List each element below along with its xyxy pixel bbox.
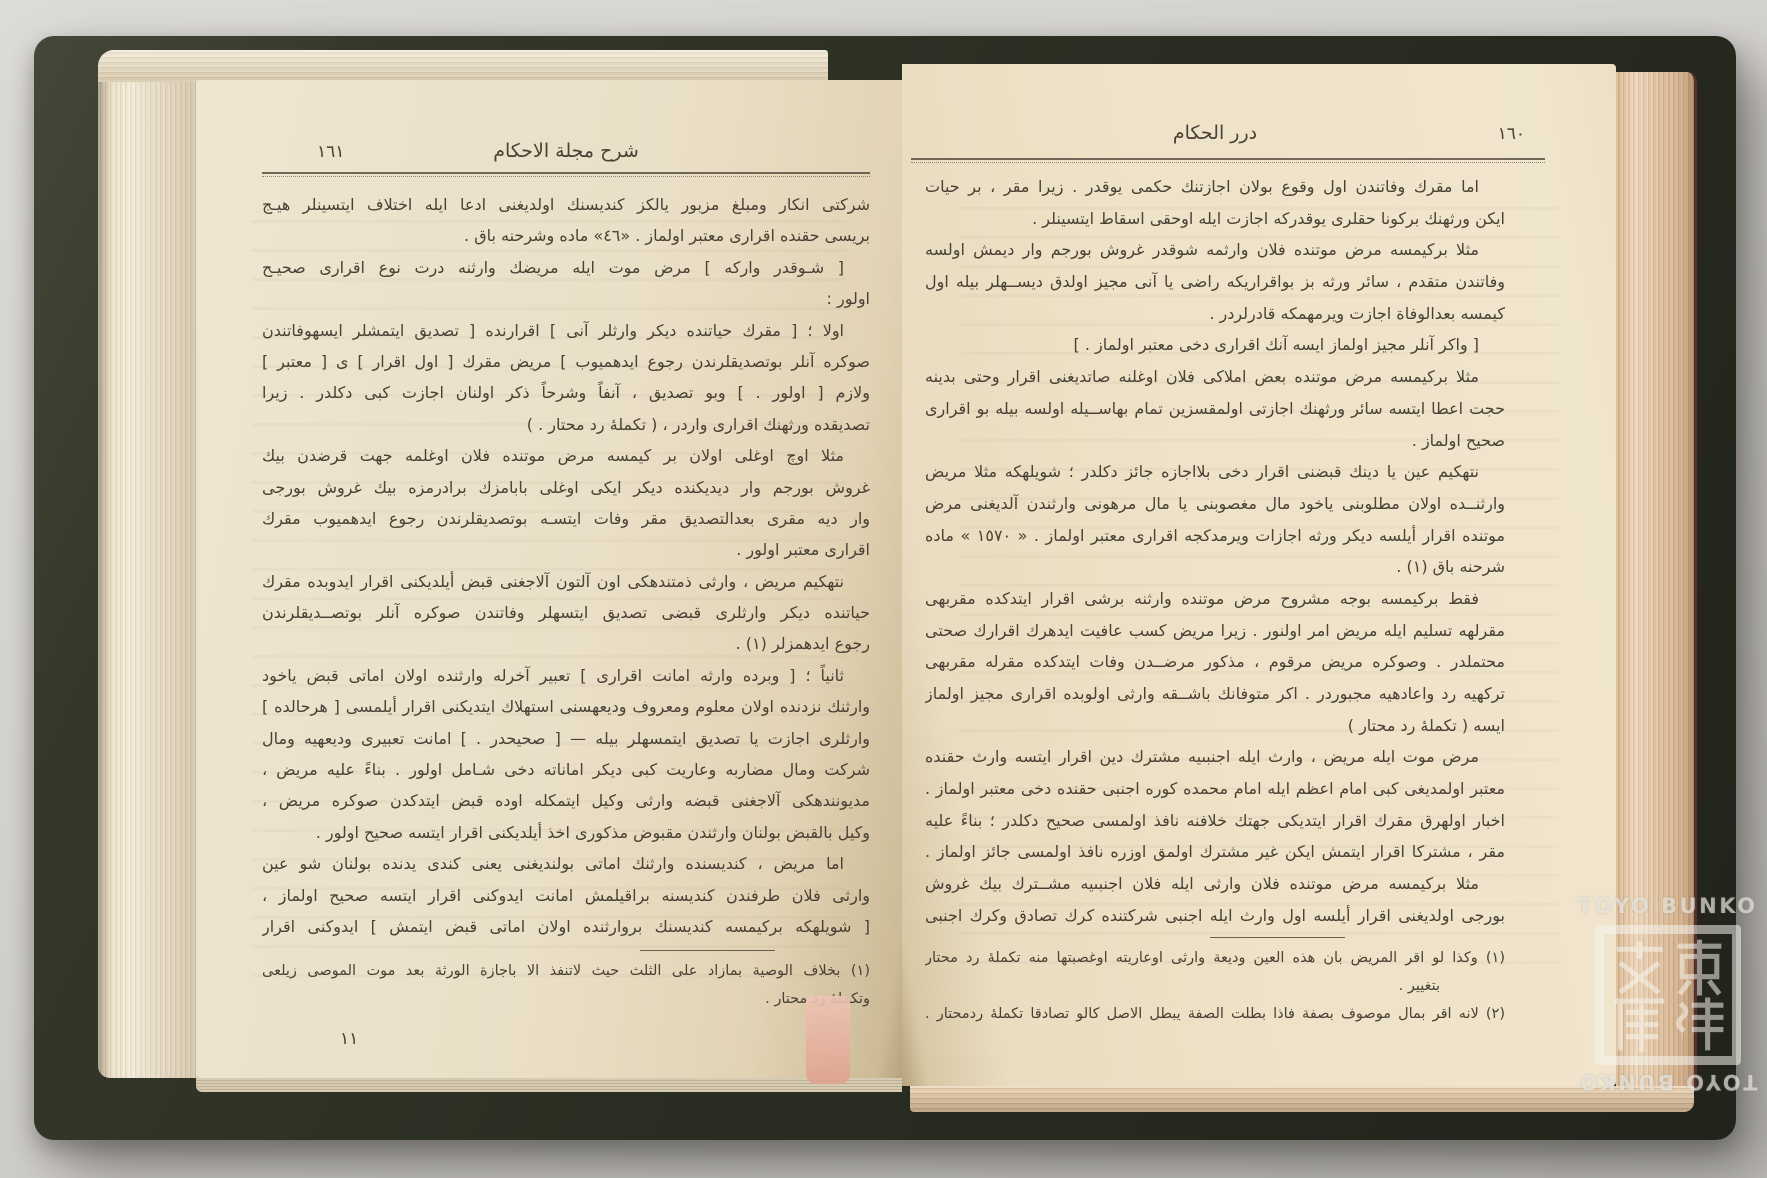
body-line: حجت اعطا ايتسه سائر ورثهنك اجازتى اولمقس…: [925, 393, 1505, 425]
body-line: [ شويلهكه بركيمسه كنديسنك بروارثنده اولا…: [262, 911, 870, 942]
body-line: ايكن ورثهنك بركونا حقلرى يوقدركه اجازت ا…: [925, 203, 1505, 235]
footnote-line: وتكملهٔ رد محتار .: [262, 985, 870, 1013]
body-line: موتنده اقرار أيلسه ديكر ورثه اجازات ويرم…: [925, 520, 1505, 552]
body-line: وارثنــده اولان مطلوبنى ياخود مال مغصوبن…: [925, 488, 1505, 520]
body-line: اخبار اولهرق مقرك اقرار ايتديكى جهتك خلا…: [925, 805, 1505, 837]
right-header-rule: [911, 158, 1545, 163]
body-line: بورجى اولديغنى اقرار أيلسه اول وارث ايله…: [925, 900, 1505, 932]
right-running-title: درر الحكام: [925, 104, 1505, 144]
left-running-title: شرح مجلة الاحكام: [262, 118, 870, 162]
body-line: غروش بورجم وار ديديكنده ديكر ايكى اوغلى …: [262, 472, 870, 503]
body-line: اولا ؛ [ مقرك حياتنده ديكر وارثلر آنى ] …: [262, 315, 870, 346]
body-line: مثلا بركيمسه مرض موتنده فلان وارثمه شوقد…: [925, 234, 1505, 266]
signature-mark: ١١: [262, 1029, 870, 1049]
body-line: مثلا بركيمسه مرض موتنده فلان وارثى ايله …: [925, 868, 1505, 900]
body-line: اولور :: [262, 283, 870, 314]
body-line: وار ديه مقرى بعدالتصديق مقر وفات ايتسـه …: [262, 503, 870, 534]
body-line: تركهيه رد واعادهيه مجبوردر . اكر متوفانك…: [925, 678, 1505, 710]
left-page-header: ١٦١ شرح مجلة الاحكام: [262, 118, 870, 172]
right-page-text: ١٦٠ درر الحكام اما مقرك وفاتندن اول وقوع…: [925, 104, 1505, 1028]
left-page-text: ١٦١ شرح مجلة الاحكام شركتى انكار ومبلغ م…: [262, 118, 870, 1049]
body-line: [ شـوقدر واركه ] مرض موت ايله مريضك وارث…: [262, 252, 870, 283]
page-stack-left-edge: [98, 50, 198, 1078]
left-header-rule: [262, 172, 870, 177]
body-line: فقط بركيمسه بوجه مشروح مرض موتنده وارثنه…: [925, 583, 1505, 615]
footnote-line: (١) بخلاف الوصية بمازاد على الثلث حيث لا…: [262, 957, 870, 985]
left-page-number: ١٦١: [317, 142, 344, 162]
body-line: اما مريض ، كنديسنده وارثنك اماتى بولنديغ…: [262, 848, 870, 879]
body-line: وارثنك نزدنده اولان معلوم ومعروف وديعهسن…: [262, 691, 870, 722]
body-line: مرض موت ايله مريض ، وارث ايله اجنبىيه مش…: [925, 741, 1505, 773]
right-page-body: اما مقرك وفاتندن اول وقوع بولان اجازتنك …: [925, 171, 1505, 932]
body-line: حياتنده ديكر وارثلرى قبضى تصديق ايتسهلر …: [262, 597, 870, 628]
body-line: مقرلهه تسليم ايله مريض امر اولنور . زيرا…: [925, 615, 1505, 647]
footnote-line: بتغيير .: [925, 972, 1505, 1000]
page-stack-bottom-edge-right: [910, 1086, 1694, 1112]
photo-of-open-book: ١٦١ شرح مجلة الاحكام شركتى انكار ومبلغ م…: [0, 0, 1767, 1178]
body-line: نتهكيم مريض ، وارثى ذمتندهكى اون آلتون آ…: [262, 566, 870, 597]
body-line: شرحنه باق (١) .: [925, 551, 1505, 583]
body-line: ايسه ( تكملهٔ رد محتار ): [925, 710, 1505, 742]
left-footnote-rule: [640, 950, 775, 951]
body-line: ثانياً ؛ [ وبرده وارثه امانت اقرارى ] تع…: [262, 660, 870, 691]
body-line: اما مقرك وفاتندن اول وقوع بولان اجازتنك …: [925, 171, 1505, 203]
right-page-footnotes: (١) وكذا لو اقر المريض بان هذه العين ودي…: [925, 944, 1505, 1028]
body-line: مثلا اوچ اوغلى اولان بر كيمسه مرض موتنده…: [262, 440, 870, 471]
body-line: اقرارى معتبر اولور .: [262, 534, 870, 565]
body-line: نتهكيم عين يا دينك قبضنى اقرار دخى بلااج…: [925, 456, 1505, 488]
body-line: بريسى حقنده اقرارى معتبر اولماز . «٤٦» م…: [262, 220, 870, 251]
body-line: مثلا بركيمسه مرض موتنده بعض املاكى فلان …: [925, 361, 1505, 393]
body-line: محتملدر . وصوكره مريض مرقوم ، مذكور مرضـ…: [925, 646, 1505, 678]
footnote-line: (٢) لانه اقر بمال موصوف بصفة فاذا بطلت ا…: [925, 1000, 1505, 1028]
body-line: رجوع ايدهمزلر (١) .: [262, 628, 870, 659]
binding-hinge: [806, 996, 850, 1084]
body-line: وكيل بالقبض بولنان وارثندن مقبوض مذكورى …: [262, 817, 870, 848]
body-line: شركت ومال مضاربه وعاريت كبى ديكر اماناته…: [262, 754, 870, 785]
body-line: [ واكر آنلر مجيز اولماز ايسه آنك اقرارى …: [925, 329, 1505, 361]
body-line: كيمسه بعدالوفاة اجازت ويرمهمكه قادرلردر …: [925, 298, 1505, 330]
body-line: وفاتندن متقدم ، سائر ورثه بز بواقراريكه …: [925, 266, 1505, 298]
page-stack-fore-edge-right: [1616, 72, 1697, 1094]
body-line: ولازم [ اولور . ] وبو تصديق ، آنفاً وشرح…: [262, 377, 870, 408]
page-stack-bottom-edge-left: [196, 1078, 902, 1092]
right-page-number: ١٦٠: [1498, 124, 1525, 144]
body-line: صوكره آنلر بوتصديقلرندن رجوع ايدهميوب ] …: [262, 346, 870, 377]
body-line: مقر ، مشتركا اقرار ايتمش ايكن غير مشترك …: [925, 836, 1505, 868]
footnote-line: (١) وكذا لو اقر المريض بان هذه العين ودي…: [925, 944, 1505, 972]
body-line: وارثلرى اجازت يا تصديق ايتمسهلر بيله — […: [262, 723, 870, 754]
body-line: شركتى انكار ومبلغ مزبور يالكز كنديسنك او…: [262, 189, 870, 220]
body-line: مديونندهكى آلاجغنى قبضه وارثى وكيل ايتمك…: [262, 785, 870, 816]
right-footnote-rule: [1210, 937, 1345, 938]
body-line: تصديقده ورثهنك اقرارى واردر ، ( تكملهٔ ر…: [262, 409, 870, 440]
right-page-header: ١٦٠ درر الحكام: [925, 104, 1505, 158]
body-line: صحيح اولماز .: [925, 425, 1505, 457]
page-stack-top-edge: [98, 50, 828, 82]
body-line: وارثى فلان طرفندن كنديسنه براقيلمش امانت…: [262, 880, 870, 911]
left-page-body: شركتى انكار ومبلغ مزبور يالكز كنديسنك او…: [262, 189, 870, 942]
body-line: معتبر اولمديغى كبى امام اعظم ايله امام م…: [925, 773, 1505, 805]
left-page-footnotes: (١) بخلاف الوصية بمازاد على الثلث حيث لا…: [262, 957, 870, 1013]
